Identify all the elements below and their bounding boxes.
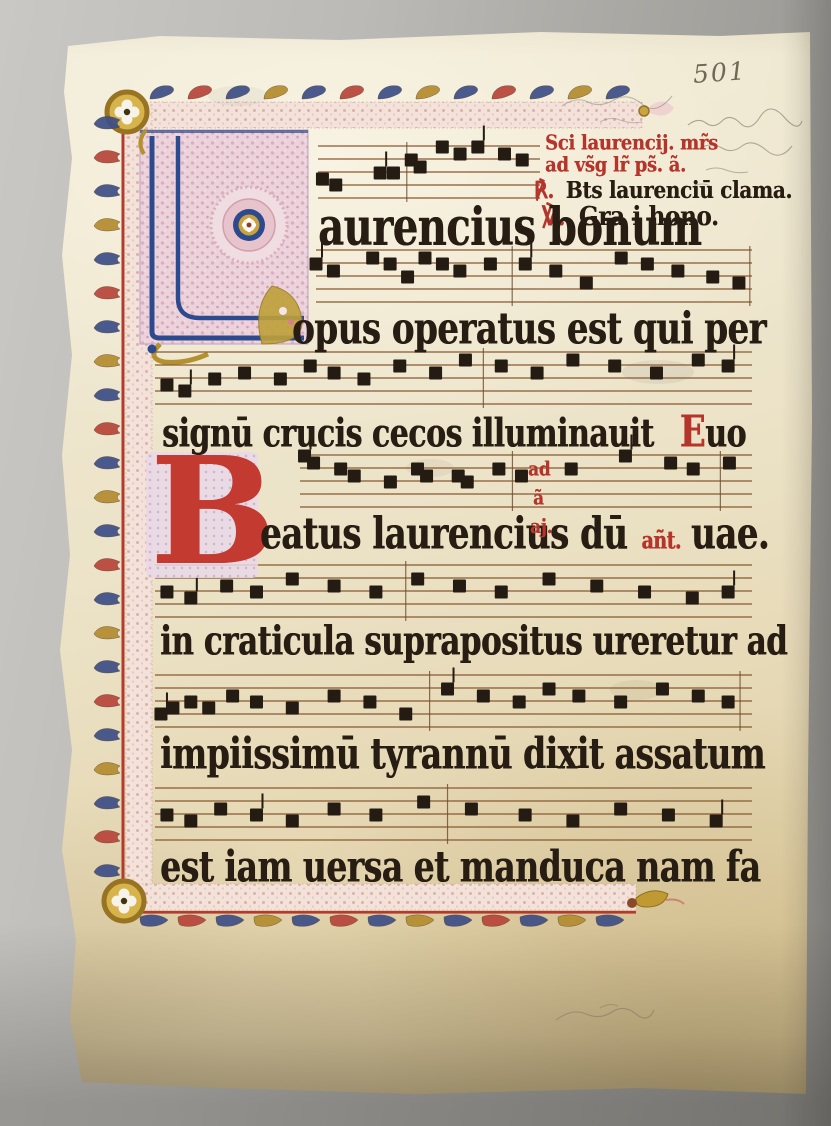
marginal-red-1: ad [528,456,552,485]
neume-note [453,265,466,278]
neume-note [160,379,173,392]
border-leaf [94,185,120,197]
neume-note [328,367,341,380]
border-leaf [94,831,120,843]
neume-note [374,167,387,180]
neume-note [250,696,263,709]
border-leaf [94,321,120,333]
border-leaf [140,915,168,927]
neume-note [393,360,406,373]
chant-line-4-tail: uae. [691,508,769,560]
neume-note [250,809,263,822]
neume-note [492,463,505,476]
neume-note [638,586,651,599]
neume-note [706,271,719,284]
border-leaf [188,86,212,99]
neume-note [384,258,397,271]
photograph: B Sci laurencij. mr̃s ad vs̃g lr̃ ps̃. ã… [0,0,831,1126]
border-leaf [178,915,206,927]
border-leaf [94,661,120,673]
border-leaf [606,86,630,99]
chant-line-3-text: signū crucis cecos illuminauit [162,411,654,457]
border-leaf [94,593,120,605]
neume-note [348,470,361,483]
neume-note [692,690,705,703]
border-leaf [568,86,592,99]
neume-stem [453,668,455,683]
neume-note [543,573,556,586]
border-leaf [94,355,120,367]
neume-note [441,683,454,696]
neume-note [328,690,341,703]
neume-note [614,803,627,816]
neume-note [692,354,705,367]
neume-note [454,148,467,161]
border-leaf [150,86,174,99]
neume-note [363,696,376,709]
neume-note [664,457,677,470]
neume-note [328,803,341,816]
neume-note [519,809,532,822]
border-leaf [302,86,326,99]
neume-note [160,809,173,822]
neume-stem [385,152,387,167]
neume-note [656,683,669,696]
rubric-line-2: ad vs̃g lr̃ ps̃. ã. [545,153,686,177]
folio-number: 501 [692,56,748,89]
music-staff [316,126,540,203]
neume-note [286,815,299,828]
border-leaf [94,491,120,503]
border-leaf [406,915,434,927]
leaf-edge-shading [0,0,831,1126]
border-leaf [94,423,120,435]
neume-note [513,696,526,709]
neume-note [154,708,167,721]
neume-note [226,690,239,703]
neume-note [238,367,251,380]
border-leaf [368,915,396,927]
neume-note [566,354,579,367]
border-leaf [94,559,120,571]
chant-line-6: impiissimū tyrannū dixit assatum [160,728,765,779]
neume-note [722,586,735,599]
border-leaf [94,389,120,401]
neume-note [202,702,215,715]
neume-note [417,796,430,809]
border-leaf [94,457,120,469]
border-leaf [558,915,586,927]
border-leaf [340,86,364,99]
neume-note [498,148,511,161]
border-red-rule-left [122,102,125,906]
neume-note [304,360,317,373]
border-leaf [94,219,120,231]
border-leaf [94,729,120,741]
neume-note [572,690,585,703]
border-leaf [94,797,120,809]
neume-note [459,354,472,367]
gold-flourish-bottom-right [627,891,684,908]
neume-note [566,815,579,828]
neume-note [411,573,424,586]
border-leaf [596,915,624,927]
chant-line-3: signū crucis cecos illuminauitEuo [162,406,746,458]
neume-note [565,463,578,476]
neume-note [723,457,736,470]
neume-note [184,815,197,828]
neume-note [329,179,342,192]
neume-note [549,265,562,278]
border-leaf [94,525,120,537]
neume-note [178,385,191,398]
border-leaf [444,915,472,927]
border-band-top [118,102,642,128]
neume-note [334,463,347,476]
border-leaf [94,117,120,129]
border-leaf [482,915,510,927]
neume-note [274,373,287,386]
border-leaf [530,86,554,99]
neume-note [484,258,497,271]
neume-note [641,258,654,271]
neume-note [614,696,627,709]
neume-note [316,173,329,186]
neume-note [405,154,418,167]
neume-note [686,592,699,605]
neume-note [531,367,544,380]
neume-stem [190,370,192,385]
border-leaf [292,915,320,927]
neume-note [671,265,684,278]
border-leaf [94,151,120,163]
differentia-rest: uo [705,411,746,457]
border-leaf [94,763,120,775]
neume-note [662,809,675,822]
rosette-medallion-top-left [107,92,147,132]
border-leaf [94,253,120,265]
rubric-line-1: Sci laurencij. mr̃s [545,131,718,155]
neume-note [580,277,593,290]
manuscript-leaf: B Sci laurencij. mr̃s ad vs̃g lr̃ ps̃. ã… [0,0,831,1126]
border-leaf [94,695,120,707]
chant-line-1: aurencius bonum [318,197,701,258]
border-leaf [226,86,250,99]
neume-note [420,470,433,483]
neume-note [369,809,382,822]
chant-line-7: est iam uersa et manduca nam fa [160,841,760,892]
neume-note [327,265,340,278]
chant-line-5: in craticula suprapositus ureretur ad [160,618,787,665]
neume-note [184,696,197,709]
neume-note [166,702,179,715]
neume-note [208,373,221,386]
border-leaf [330,915,358,927]
neume-note [411,463,424,476]
neume-note [516,154,529,167]
neume-note [471,141,484,154]
chant-line-4-text: eatus laurencius dū [260,508,627,560]
neume-note [399,708,412,721]
neume-note [687,463,700,476]
neume-note [436,141,449,154]
neume-note [495,586,508,599]
music-staff [154,668,752,732]
neume-stem [166,693,168,708]
neume-note [519,258,532,271]
neume-note [214,803,227,816]
neume-note [722,360,735,373]
border-leaf [94,287,120,299]
illuminated-initial-L [140,130,308,362]
neume-note [328,580,341,593]
neume-note [401,271,414,284]
marginal-red-stack: ad ã aj. [528,456,552,542]
neume-note [414,161,427,174]
neume-note [387,167,400,180]
chant-line-4: eatus laurencius dūañt.uae. [260,508,769,560]
neume-note [515,470,528,483]
chant-line-2: opus operatus est qui per [292,303,766,355]
border-leaf [520,915,548,927]
neume-stem [733,571,735,586]
border-leaf [378,86,402,99]
neume-note [310,258,323,271]
differentia-initial: E [680,406,705,458]
neume-note [453,580,466,593]
rosette-medallion-bottom-left [104,881,144,921]
neume-note [286,702,299,715]
decoration-overlay [0,0,831,1126]
border-leaf [416,86,440,99]
neume-note [369,586,382,599]
neume-note [307,457,320,470]
marginal-red-3: aj. [528,514,552,543]
neume-stem [483,126,485,141]
neume-note [722,696,735,709]
gold-flourish-top-right [639,101,674,116]
neume-note [732,277,745,290]
neume-note [436,258,449,271]
neume-note [543,683,556,696]
border-leaf [216,915,244,927]
colored-initial-B: B [150,444,275,578]
border-red-rule-bottom [118,911,636,914]
border-leaf [254,915,282,927]
neume-note [590,580,603,593]
neume-note [465,803,478,816]
neume-note [384,476,397,489]
border-leaf [492,86,516,99]
border-leaf [94,627,120,639]
border-leaf [94,865,120,877]
neume-note [461,476,474,489]
neume-note [429,367,442,380]
neume-note [286,573,299,586]
neume-stem [721,800,723,815]
music-staff [155,784,752,844]
neume-note [357,373,370,386]
neume-note [710,815,723,828]
border-leaf [264,86,288,99]
border-leaf [454,86,478,99]
marginal-red-2: ã [528,485,552,514]
neume-note [452,470,465,483]
neume-note [495,360,508,373]
red-abbreviation: añt. [641,526,681,555]
neume-note [650,367,663,380]
neume-note [608,360,621,373]
neume-note [477,690,490,703]
neume-stem [261,794,263,809]
